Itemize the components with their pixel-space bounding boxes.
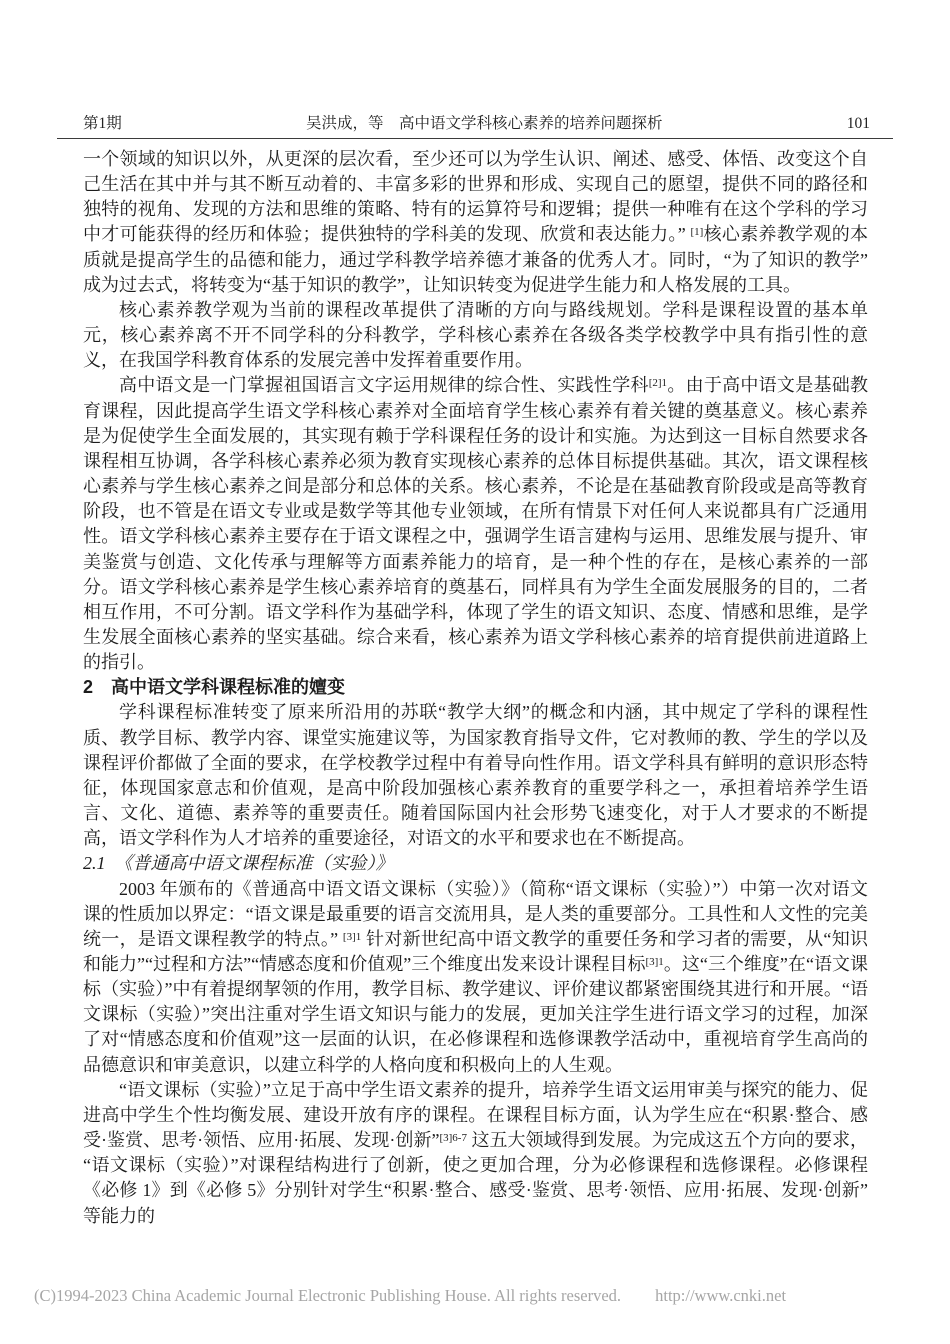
paragraph: 核心素养教学观为当前的课程改革提供了清晰的方向与路线规划。学科是课程设置的基本单… (83, 298, 868, 373)
paragraph: 高中语文是一门掌握祖国语言文字运用规律的综合性、实践性学科[2]1。由于高中语文… (83, 373, 868, 675)
page-header: 第1期 吴洪成，等 高中语文学科核心素养的培养问题探析 101 (83, 111, 870, 133)
article-body: 一个领域的知识以外，从更深的层次看，至少还可以为学生认识、阐述、感受、体悟、改变… (83, 147, 868, 1229)
citation-superscript: [3]1 (645, 956, 663, 968)
issue-label: 第1期 (83, 111, 122, 133)
journal-page: 第1期 吴洪成，等 高中语文学科核心素养的培养问题探析 101 一个领域的知识以… (0, 0, 950, 1344)
paragraph: 学科课程标准转变了原来所沿用的苏联“教学大纲”的概念和内涵，其中规定了学科的课程… (83, 700, 868, 851)
page-footer: (C)1994-2023 China Academic Journal Elec… (34, 1286, 786, 1306)
running-title: 吴洪成，等 高中语文学科核心素养的培养问题探析 (122, 111, 847, 133)
subsection-heading: 2.1 《普通高中语文课程标准（实验）》 (83, 851, 868, 876)
paragraph: 一个领域的知识以外，从更深的层次看，至少还可以为学生认识、阐述、感受、体悟、改变… (83, 147, 868, 298)
citation-superscript: [3]6-7 (439, 1132, 467, 1144)
citation-superscript: [1] (691, 226, 704, 238)
citation-superscript: [2]1 (649, 377, 667, 389)
cnki-url: http://www.cnki.net (655, 1286, 786, 1305)
header-divider (57, 138, 893, 139)
copyright-text: (C)1994-2023 China Academic Journal Elec… (34, 1286, 621, 1305)
paragraph: 2003 年颁布的《普通高中语文语文课标（实验）》（简称“语文课标（实验）”）中… (83, 877, 868, 1078)
page-number: 101 (847, 115, 870, 133)
paragraph: “语文课标（实验）”立足于高中学生语文素养的提升，培养学生语文运用审美与探究的能… (83, 1078, 868, 1229)
section-heading: 2 高中语文学科课程标准的嬗变 (83, 675, 868, 700)
citation-superscript: [3]1 (343, 931, 361, 943)
